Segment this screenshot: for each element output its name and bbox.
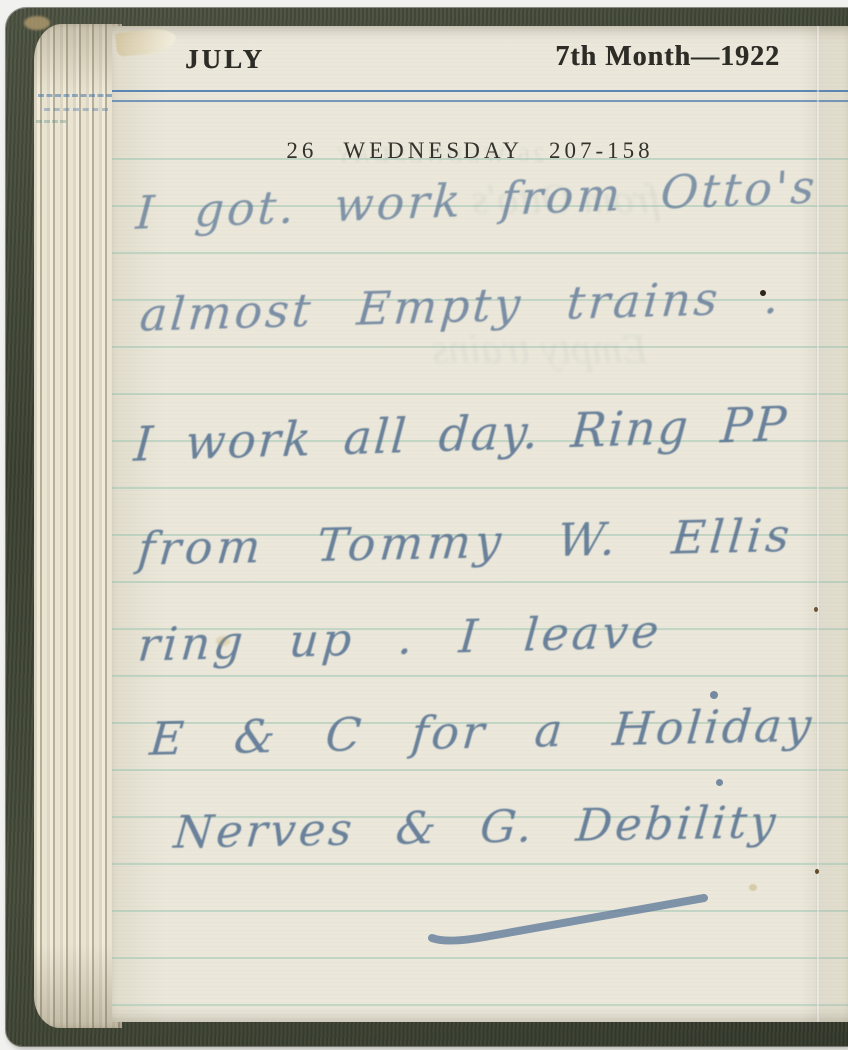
diary-photo: 26 WEDNESDAY from Otto's Empty trains JU… xyxy=(0,0,848,1050)
day-number: 26 xyxy=(286,138,317,164)
handwriting-dash xyxy=(420,886,720,950)
paper-stain xyxy=(216,636,230,646)
day-header: 26 WEDNESDAY 207-158 xyxy=(260,138,680,164)
stack-rule-mark xyxy=(36,120,66,123)
paper-blemish xyxy=(115,27,177,57)
stack-rule-mark xyxy=(38,94,112,97)
handwriting-line-7: Nerves & G. Debility xyxy=(172,795,781,859)
month-year-header: 7th Month—1922 xyxy=(555,41,780,73)
month-header: JULY xyxy=(185,44,265,75)
paper-stain xyxy=(749,884,757,891)
ink-speck xyxy=(814,607,818,612)
ink-dot xyxy=(710,691,718,699)
day-codes: 207-158 xyxy=(549,138,654,164)
ink-speck xyxy=(815,869,819,874)
header-double-rule xyxy=(112,90,848,102)
stack-rule-mark xyxy=(44,108,108,111)
cover-fray xyxy=(24,16,50,30)
page-edge-stack xyxy=(34,24,122,1028)
ink-speck xyxy=(760,290,766,296)
day-name: WEDNESDAY xyxy=(343,138,523,164)
diary-page: 26 WEDNESDAY from Otto's Empty trains JU… xyxy=(112,26,848,1022)
ink-dot xyxy=(716,779,723,786)
